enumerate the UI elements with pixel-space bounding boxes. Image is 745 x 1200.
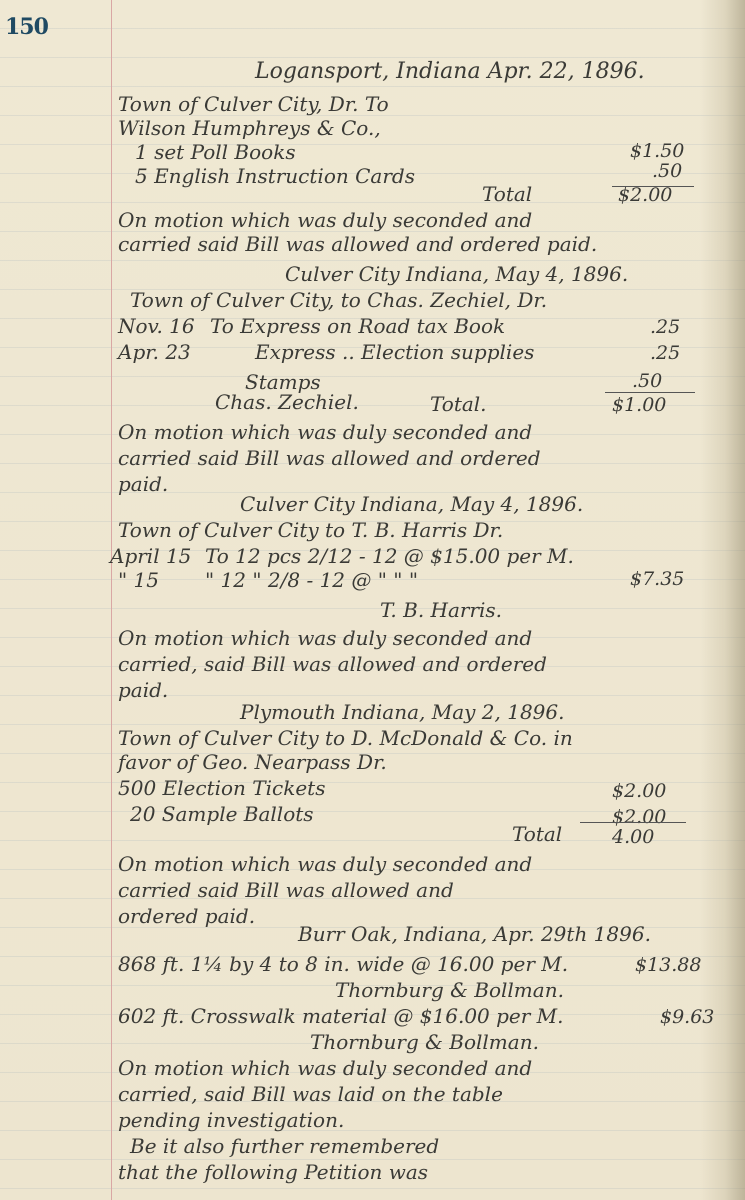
entry-header: Town of Culver City to D. McDonald & Co.… [118,726,573,750]
motion-line: On motion which was duly seconded and [118,208,532,232]
item-desc: 868 ft. 1¼ by 4 to 8 in. wide @ 16.00 pe… [118,952,568,976]
motion-line: ordered paid. [118,904,255,928]
total-amount: 4.00 [612,826,654,848]
closing-line: that the following Petition was [118,1160,428,1184]
signature: T. B. Harris. [380,598,502,622]
item-desc: To 12 pcs 2/12 - 12 @ $15.00 per M. [205,544,574,568]
entry-header: Town of Culver City, to Chas. Zechiel, D… [130,288,547,312]
sum-rule [580,822,686,823]
entry-header: Town of Culver City, Dr. To [118,92,389,116]
item-amount: $7.35 [630,568,684,590]
item-desc: " 12 " 2/8 - 12 @ " " " [205,568,418,592]
item-amount: $13.88 [635,954,701,976]
total-label: Total [512,822,562,846]
motion-line: On motion which was duly seconded and [118,420,532,444]
motion-line: carried said Bill was allowed and ordere… [118,446,541,470]
entry-place-date: Logansport, Indiana Apr. 22, 1896. [255,60,645,84]
item-amount: $9.63 [660,1006,714,1028]
total-label: Total. [430,392,487,416]
item-date: " 15 [118,568,159,592]
motion-line: carried, said Bill was laid on the table [118,1082,503,1106]
item-desc: 602 ft. Crosswalk material @ $16.00 per … [118,1004,564,1028]
item-desc: 500 Election Tickets [118,776,325,800]
entry-vendor: Wilson Humphreys & Co., [118,116,381,140]
entry-header-2: favor of Geo. Nearpass Dr. [118,750,387,774]
entry-place-date: Burr Oak, Indiana, Apr. 29th 1896. [298,922,651,946]
item-amount: .50 [652,160,682,182]
motion-line: pending investigation. [118,1108,344,1132]
motion-line: On motion which was duly seconded and [118,1056,532,1080]
signature: Chas. Zechiel. [215,390,359,414]
margin-line [111,0,112,1200]
page-number: 150 [5,14,48,40]
motion-line: carried, said Bill was allowed and order… [118,652,547,676]
signature: Thornburg & Bollman. [310,1030,539,1054]
total-amount: $1.00 [612,394,666,416]
item-desc: 1 set Poll Books [135,140,296,164]
item-desc: Express .. Election supplies [255,340,534,364]
total-amount: $2.00 [618,184,672,206]
entry-place-date: Culver City Indiana, May 4, 1896. [285,262,628,286]
item-amount: $1.50 [630,140,684,162]
motion-line: paid. [118,678,168,702]
total-label: Total [482,182,532,206]
motion-line: On motion which was duly seconded and [118,852,532,876]
motion-line: paid. [118,472,168,496]
item-date: Nov. 16 [118,314,195,338]
item-amount: $2.00 [612,780,666,802]
closing-line: Be it also further remembered [130,1134,439,1158]
item-date: Apr. 23 [118,340,191,364]
item-desc: 20 Sample Ballots [130,802,314,826]
item-desc: To Express on Road tax Book [210,314,505,338]
motion-line: carried said Bill was allowed and ordere… [118,232,597,256]
item-date: April 15 [110,544,191,568]
item-desc: 5 English Instruction Cards [135,164,415,188]
entry-header: Town of Culver City to T. B. Harris Dr. [118,518,503,542]
motion-line: On motion which was duly seconded and [118,626,532,650]
entry-place-date: Culver City Indiana, May 4, 1896. [240,492,583,516]
item-amount: .25 [650,342,680,364]
entry-place-date: Plymouth Indiana, May 2, 1896. [240,700,565,724]
sum-rule [605,392,695,393]
signature: Thornburg & Bollman. [335,978,564,1002]
item-amount: .50 [632,370,662,392]
item-amount: .25 [650,316,680,338]
item-amount: $2.00 [612,806,666,828]
ledger-page: 150 Logansport, Indiana Apr. 22, 1896. T… [0,0,745,1200]
motion-line: carried said Bill was allowed and [118,878,454,902]
